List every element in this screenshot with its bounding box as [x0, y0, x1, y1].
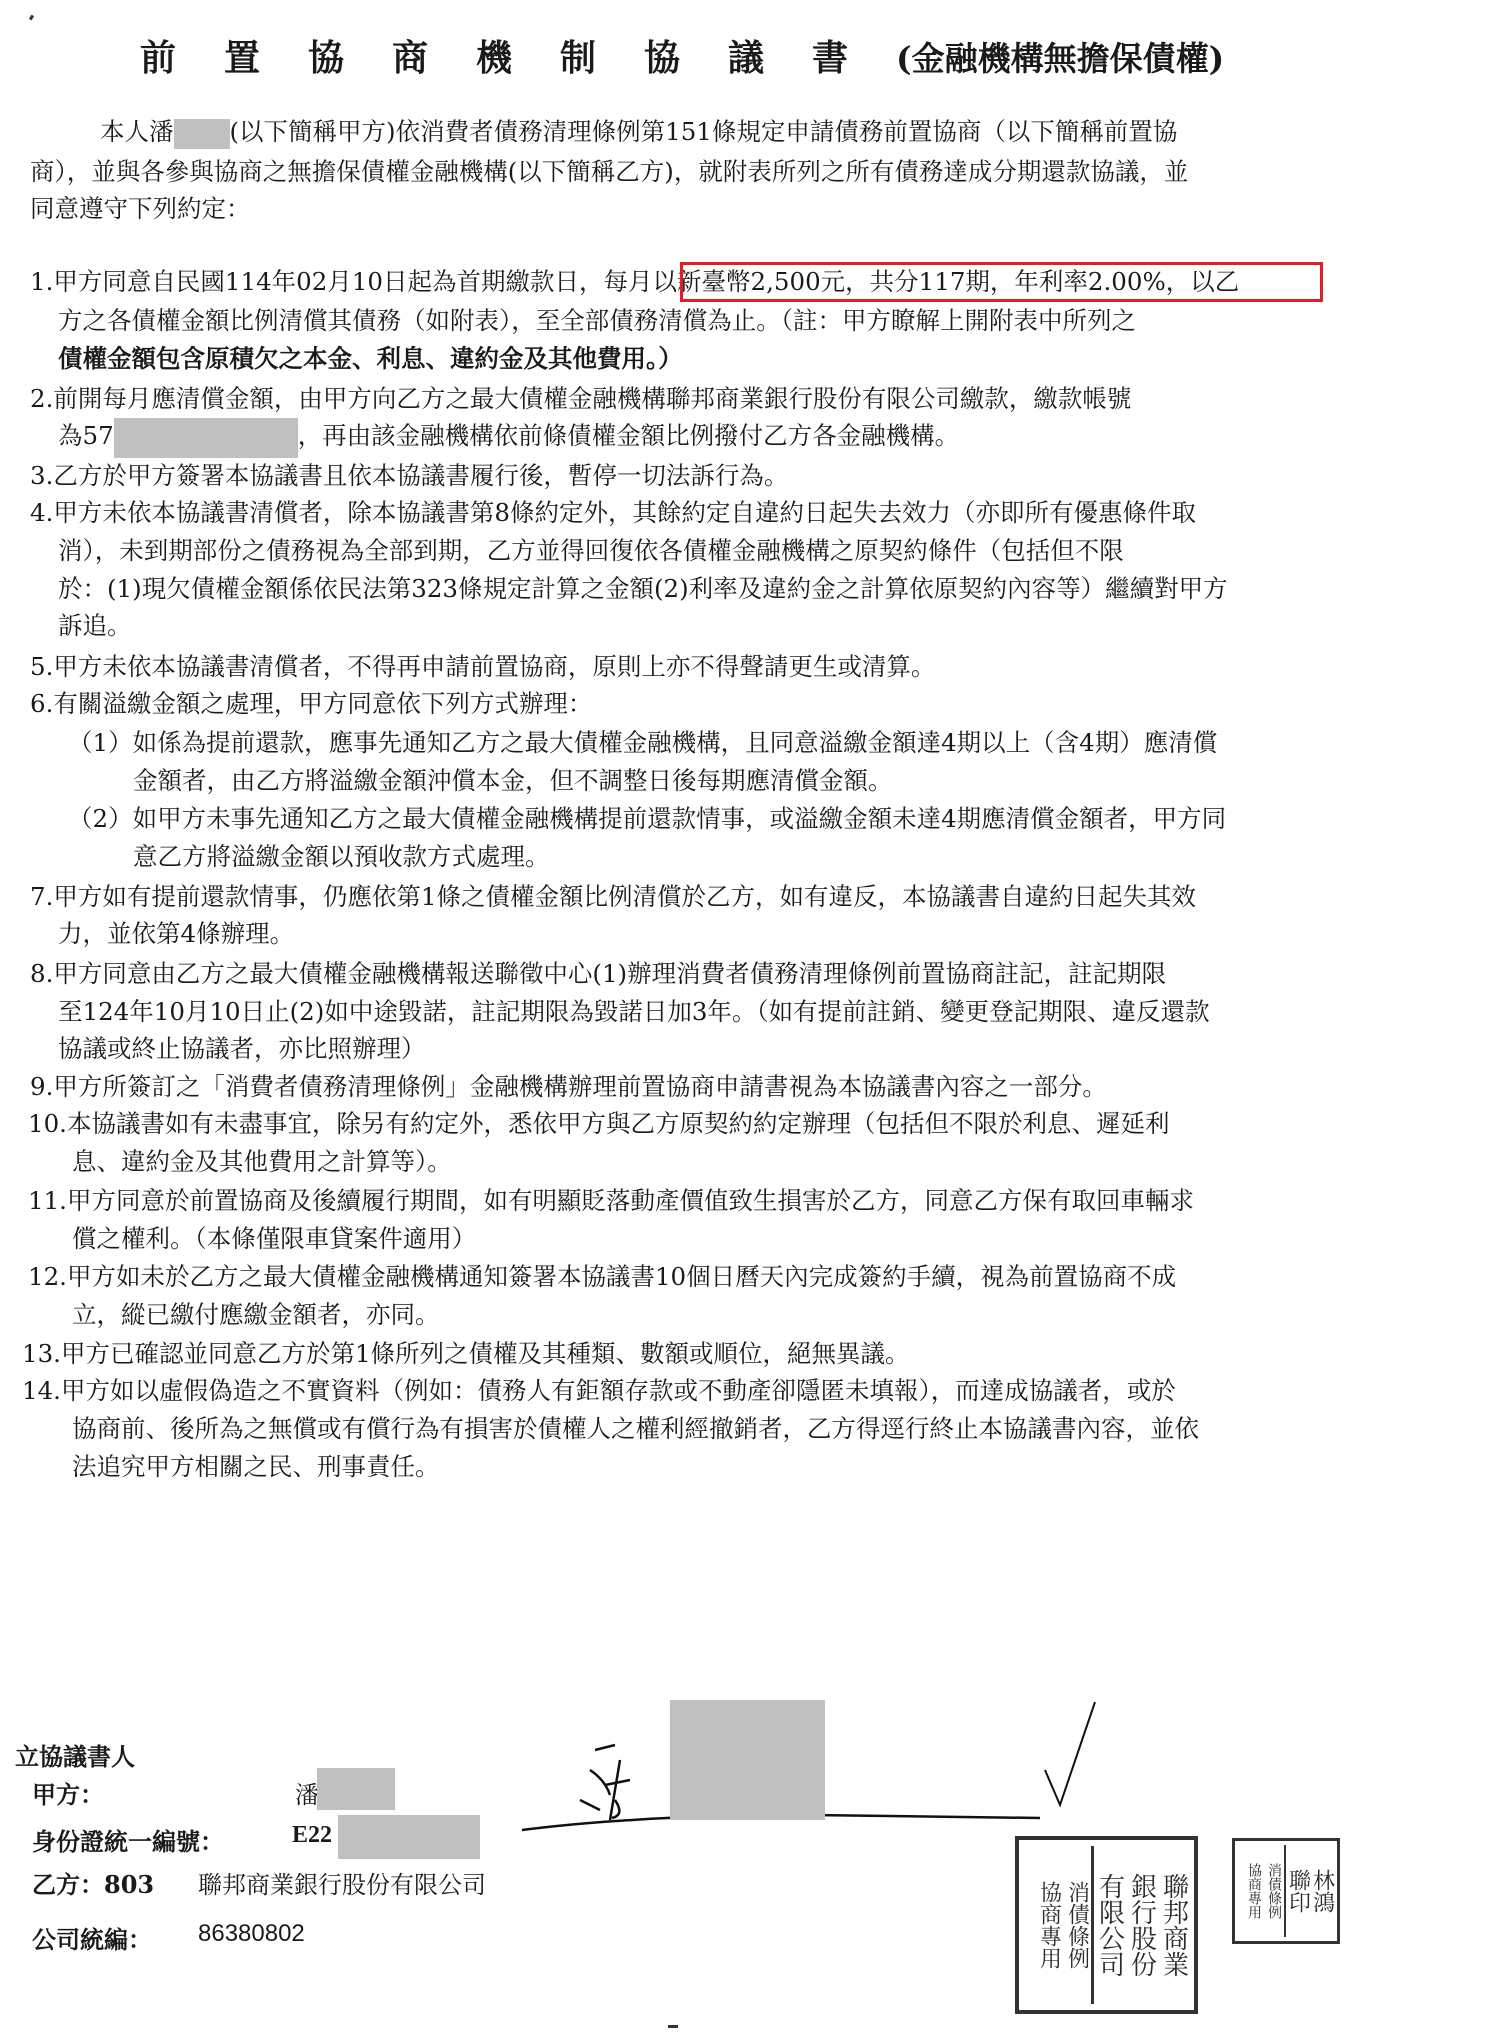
clause-4-line-4: 訴追。	[58, 607, 132, 642]
clause-text: 甲方所簽訂之「消費者債務清理條例」金融機構辦理前置協商申請書視為本協議書內容之一…	[53, 1072, 1107, 1101]
clause-number: 6.	[30, 689, 53, 718]
clause-text: 如係為提前還款，應事先通知乙方之最大債權金融機構，且同意溢繳金額達4期以上（含4…	[133, 728, 1218, 757]
clause-number: 9.	[30, 1072, 53, 1101]
clause-6-line-1: 6.有關溢繳金額之處理，甲方同意依下列方式辦理：	[30, 685, 592, 720]
party-b-label: 乙方：803	[32, 1865, 154, 1900]
clause-2-line-1: 2.前開每月應清償金額，由甲方向乙方之最大債權金融機構聯邦商業銀行股份有限公司繳…	[30, 380, 1131, 415]
clause-5: 5.甲方未依本協議書清償者，不得再申請前置協商，原則上亦不得聲請更生或清算。	[30, 648, 935, 683]
stamp-text: 消債條例	[1062, 1881, 1093, 1969]
clause-text: 甲方如有提前還款情事，仍應依第1條之債權金額比例清償於乙方，如有違反，本協議書自…	[53, 882, 1196, 911]
company-id-label: 公司統編：	[32, 1920, 152, 1955]
stamp-column: 協商專用	[1035, 1846, 1063, 2004]
clause-text: 甲方未依本協議書清償者，除本協議書第8條約定外，其餘約定自違約日起失去效力（亦即…	[53, 498, 1196, 527]
clause-number: 11.	[28, 1186, 67, 1215]
checkmark-icon: ✓	[1040, 1700, 1048, 1711]
intro-line-1: 本人潘(以下簡稱甲方)依消費者債務清理條例第151條規定申請債務前置協商（以下簡…	[100, 113, 1177, 149]
clause-4-line-2: 消），未到期部份之債務視為全部到期，乙方並得回復依各債權金融機構之原契約條件（包…	[58, 532, 1124, 567]
title-main: 前置協商機制協議書	[140, 37, 896, 79]
signature-char: 潘	[582, 1740, 642, 1826]
highlight-box	[680, 262, 1323, 302]
clause-text: 甲方同意由乙方之最大債權金融機構報送聯徵中心(1)辦理消費者債務清理條例前置協商…	[53, 959, 1166, 988]
clause-number: 14.	[22, 1376, 61, 1405]
clause-text: 甲方未依本協議書清償者，不得再申請前置協商，原則上亦不得聲請更生或清算。	[53, 652, 935, 681]
stamp-text: 協商專用	[1034, 1881, 1065, 1969]
clause-number: 1.	[30, 267, 53, 296]
clause-6-sub-1-line-2: 金額者，由乙方將溢繳金額沖償本金，但不調整日後每期應清償金額。	[133, 762, 893, 797]
representative-seal-stamp: 林鴻 聯印 消債條例 協商專用	[1232, 1838, 1340, 1944]
clause-number: 4.	[30, 498, 53, 527]
redacted-signature	[670, 1700, 825, 1820]
clause-10-line-2: 息、違約金及其他費用之計算等）。	[72, 1143, 452, 1178]
signature-area: 潘 ✓	[520, 1700, 1220, 1840]
clause-text: 甲方如未於乙方之最大債權金融機構通知簽署本協議書10個日曆天內完成簽約手續，視為…	[67, 1262, 1176, 1291]
sub-clause-number: （2）	[68, 804, 133, 833]
stamp-column: 消債條例	[1063, 1846, 1091, 2004]
clause-number: 12.	[28, 1262, 67, 1291]
clause-7-line-2: 力，並依第4條辦理。	[58, 915, 294, 950]
clause-6-sub-1-line-1: （1）如係為提前還款，應事先通知乙方之最大債權金融機構，且同意溢繳金額達4期以上…	[68, 724, 1217, 759]
sub-clause-number: （1）	[68, 728, 133, 757]
stamp-column: 聯邦商業	[1158, 1846, 1190, 2004]
signatories-heading: 立協議書人	[15, 1737, 135, 1772]
redacted-id-number	[338, 1815, 480, 1859]
title-subtitle: (金融機構無擔保債權)	[896, 39, 1224, 78]
clause-text: 甲方同意自民國114年02月10日起為首期繳款日，	[53, 267, 603, 296]
clause-1-line-2: 方之各債權金額比例清償其債務（如附表），至全部債務清償為止。（註：甲方瞭解上開附…	[58, 302, 1136, 337]
clause-text: 甲方如以虛假偽造之不實資料（例如：債務人有鉅額存款或不動產卻隱匿未填報），而達成…	[61, 1376, 1176, 1405]
clause-8-line-1: 8.甲方同意由乙方之最大債權金融機構報送聯徵中心(1)辦理消費者債務清理條例前置…	[30, 955, 1166, 990]
stamp-column: 消債條例	[1264, 1845, 1284, 1937]
clause-6-sub-2-line-1: （2）如甲方未事先通知乙方之最大債權金融機構提前還款情事，或溢繳金額未達4期應清…	[68, 800, 1226, 835]
clause-text: 本協議書如有未盡事宜，除另有約定外，悉依甲方與乙方原契約約定辦理（包括但不限於利…	[67, 1109, 1170, 1138]
bank-seal-stamp: 聯邦商業 銀行股份 有限公司 消債條例 協商專用	[1015, 1836, 1198, 2014]
agreement-page: 前置協商機制協議書(金融機構無擔保債權) 本人潘(以下簡稱甲方)依消費者債務清理…	[0, 0, 1491, 2035]
clause-2-line-2: 為57，再由該金融機構依前條債權金額比例撥付乙方各金融機構。	[58, 417, 959, 458]
clause-9: 9.甲方所簽訂之「消費者債務清理條例」金融機構辦理前置協商申請書視為本協議書內容…	[30, 1068, 1107, 1103]
stamp-column: 協商專用	[1244, 1845, 1264, 1937]
scan-speck	[668, 2025, 678, 2028]
clause-text: 乙方於甲方簽署本協議書且依本協議書履行後，暫停一切法訴行為。	[53, 461, 788, 490]
clause-number: 13.	[22, 1339, 61, 1368]
clause-text: 甲方已確認並同意乙方於第1條所列之債權及其種類、數額或順位，絕無異議。	[61, 1339, 910, 1368]
clause-text: 甲方同意於前置協商及後續履行期間，如有明顯貶落動產價值致生損害於乙方，同意乙方保…	[67, 1186, 1194, 1215]
clause-text: 前開每月應清償金額，由甲方向乙方之最大債權金融機構聯邦商業銀行股份有限公司繳款，…	[53, 384, 1131, 413]
company-id-value: 86380802	[198, 1920, 305, 1948]
clause-number: 5.	[30, 652, 53, 681]
clause-14-line-3: 法追究甲方相關之民、刑事責任。	[72, 1448, 440, 1483]
stamp-text: 消債條例	[1264, 1863, 1284, 1919]
document-title: 前置協商機制協議書(金融機構無擔保債權)	[140, 30, 1340, 81]
intro-text: 本人潘	[100, 117, 174, 146]
clause-number: 10.	[28, 1109, 67, 1138]
id-number-label: 身份證統一編號：	[32, 1822, 224, 1857]
clause-14-line-2: 協商前、後所為之無償或有償行為有損害於債權人之權利經撤銷者，乙方得逕行終止本協議…	[72, 1410, 1199, 1445]
intro-line-3: 同意遵守下列約定：	[30, 190, 251, 225]
intro-line-2: 商），並與各參與協商之無擔保債權金融機構(以下簡稱乙方)，就附表所列之所有債務達…	[30, 153, 1188, 188]
scan-speck	[29, 15, 34, 21]
clause-12-line-2: 立，縱已繳付應繳金額者，亦同。	[72, 1296, 440, 1331]
stamp-text: 林鴻	[1307, 1869, 1338, 1913]
stamp-text: 聯邦商業	[1156, 1873, 1193, 1977]
party-a-label: 甲方：	[32, 1775, 104, 1810]
clause-4-line-3: 於：(1)現欠債權金額係依民法第323條規定計算之金額(2)利率及違約金之計算依…	[58, 570, 1228, 605]
clause-number: 3.	[30, 461, 53, 490]
intro-text: (以下簡稱甲方)依消費者債務清理條例第151條規定申請債務前置協商（以下簡稱前置…	[230, 117, 1178, 146]
clause-number: 2.	[30, 384, 53, 413]
party-a-name: 潘	[295, 1775, 319, 1810]
clause-1-line-3: 債權金額包含原積欠之本金、利息、違約金及其他費用。）	[58, 340, 683, 375]
clause-14-line-1: 14.甲方如以虛假偽造之不實資料（例如：債務人有鉅額存款或不動產卻隱匿未填報），…	[22, 1372, 1176, 1407]
clause-11-line-1: 11.甲方同意於前置協商及後續履行期間，如有明顯貶落動產價值致生損害於乙方，同意…	[28, 1182, 1194, 1217]
account-prefix: 為57	[58, 421, 114, 450]
clause-12-line-1: 12.甲方如未於乙方之最大債權金融機構通知簽署本協議書10個日曆天內完成簽約手續…	[28, 1258, 1176, 1293]
redacted-account-number	[114, 418, 298, 458]
clause-10-line-1: 10.本協議書如有未盡事宜，除另有約定外，悉依甲方與乙方原契約約定辦理（包括但不…	[28, 1105, 1169, 1140]
clause-8-line-2: 至124年10月10日止(2)如中途毀諾，註記期限為毀諾日加3年。（如有提前註銷…	[58, 993, 1210, 1028]
clause-text: ，再由該金融機構依前條債權金額比例撥付乙方各金融機構。	[298, 421, 960, 450]
clause-11-line-2: 償之權利。（本條僅限車貸案件適用）	[72, 1220, 476, 1255]
clause-number: 8.	[30, 959, 53, 988]
stamp-text: 協商專用	[1244, 1863, 1264, 1919]
clause-number: 7.	[30, 882, 53, 911]
clause-7-line-1: 7.甲方如有提前還款情事，仍應依第1條之債權金額比例清償於乙方，如有違反，本協議…	[30, 878, 1196, 913]
clause-4-line-1: 4.甲方未依本協議書清償者，除本協議書第8條約定外，其餘約定自違約日起失去效力（…	[30, 494, 1196, 529]
stamp-column: 銀行股份	[1126, 1846, 1158, 2004]
stamp-column: 有限公司	[1094, 1846, 1126, 2004]
party-b-name: 聯邦商業銀行股份有限公司	[198, 1865, 486, 1900]
id-number-prefix: E22	[292, 1822, 332, 1849]
clause-6-sub-2-line-2: 意乙方將溢繳金額以預收款方式處理。	[133, 838, 550, 873]
stamp-column: 林鴻	[1310, 1845, 1334, 1937]
clause-8-line-3: 協議或終止協議者，亦比照辦理）	[58, 1030, 426, 1065]
clause-text: 如甲方未事先通知乙方之最大債權金融機構提前還款情事，或溢繳金額未達4期應清償金額…	[133, 804, 1227, 833]
redacted-party-a-name	[317, 1768, 395, 1810]
clause-13: 13.甲方已確認並同意乙方於第1條所列之債權及其種類、數額或順位，絕無異議。	[22, 1335, 910, 1370]
clause-3: 3.乙方於甲方簽署本協議書且依本協議書履行後，暫停一切法訴行為。	[30, 457, 788, 492]
clause-text: 有關溢繳金額之處理，甲方同意依下列方式辦理：	[53, 689, 592, 718]
redacted-name	[174, 119, 230, 149]
